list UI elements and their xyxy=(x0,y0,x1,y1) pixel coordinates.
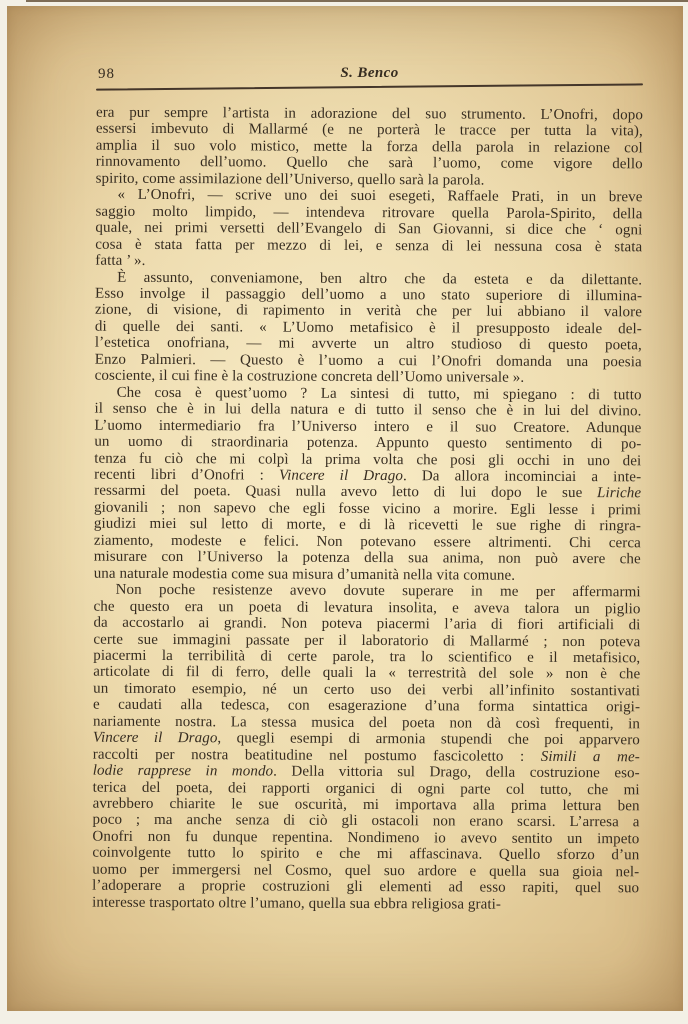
text-run: fatta ’ ». xyxy=(95,253,145,269)
text-run: , quegli esempi di armonia stupendi che … xyxy=(217,730,640,748)
paragraph: Non poche resistenze avevo dovute supera… xyxy=(92,582,641,914)
header-rule xyxy=(96,83,643,90)
scan-edge-artifact xyxy=(26,0,688,2)
text-run: recenti libri d’Onofri : xyxy=(94,467,279,484)
text-run: È assunto, conveniamone, ben altro che d… xyxy=(117,269,642,288)
text-run: « L’Onofri, — scrive uno dei suoi eseget… xyxy=(118,187,643,206)
running-head-author: S. Benco xyxy=(96,63,643,83)
text-run: cosa è stata fatta per mezzo di lei, e s… xyxy=(95,236,642,255)
page-content: 98 S. Benco era pur sempre l’artista in … xyxy=(96,64,643,912)
paragraph: Che cosa è quest’uomo ? La sintesi di tu… xyxy=(94,384,642,584)
text-line: cosa è stata fatta per mezzo di lei, e s… xyxy=(95,236,642,255)
scanned-page: 98 S. Benco era pur sempre l’artista in … xyxy=(0,0,688,1024)
text-run: cosciente, il cui fine è la costruzione … xyxy=(95,368,525,386)
paragraph: È assunto, conveniamone, ben altro che d… xyxy=(95,269,643,387)
paragraph: « L’Onofri, — scrive uno dei suoi eseget… xyxy=(95,187,642,272)
text-run: ressarmi del poeta. Quasi nulla avevo le… xyxy=(94,483,597,501)
text-run: raccolti per nostra beatitudine nel post… xyxy=(93,746,541,764)
italic-run: lodie rapprese in mondo xyxy=(93,763,273,780)
text-run: . Della vittoria sul Drago, della costru… xyxy=(273,764,640,782)
text-run: . Da allora incominciai a inte- xyxy=(403,468,641,485)
italic-run: Vincere il Drago xyxy=(93,730,218,747)
text-run: spirito, come assimilazione dell’Univers… xyxy=(96,170,485,188)
text-run: Non poche resistenze avevo dovute supera… xyxy=(116,582,641,601)
text-run: interesse trasportato oltre l’umano, que… xyxy=(92,894,501,912)
italic-run: Vincere il Drago xyxy=(279,468,403,485)
italic-run: Liriche xyxy=(597,486,641,502)
text-body: era pur sempre l’artista in adorazione d… xyxy=(92,105,643,914)
paragraph: era pur sempre l’artista in adorazione d… xyxy=(96,105,643,190)
text-line: interesse trasportato oltre l’umano, que… xyxy=(92,894,639,913)
text-run: una naturale modestia come sua misura d’… xyxy=(94,565,516,583)
page-header: 98 S. Benco xyxy=(96,64,643,84)
italic-run: Simili a me- xyxy=(541,749,640,765)
book-page: 98 S. Benco era pur sempre l’artista in … xyxy=(7,6,683,1011)
text-run: Che cosa è quest’uomo ? La sintesi di tu… xyxy=(117,384,642,403)
